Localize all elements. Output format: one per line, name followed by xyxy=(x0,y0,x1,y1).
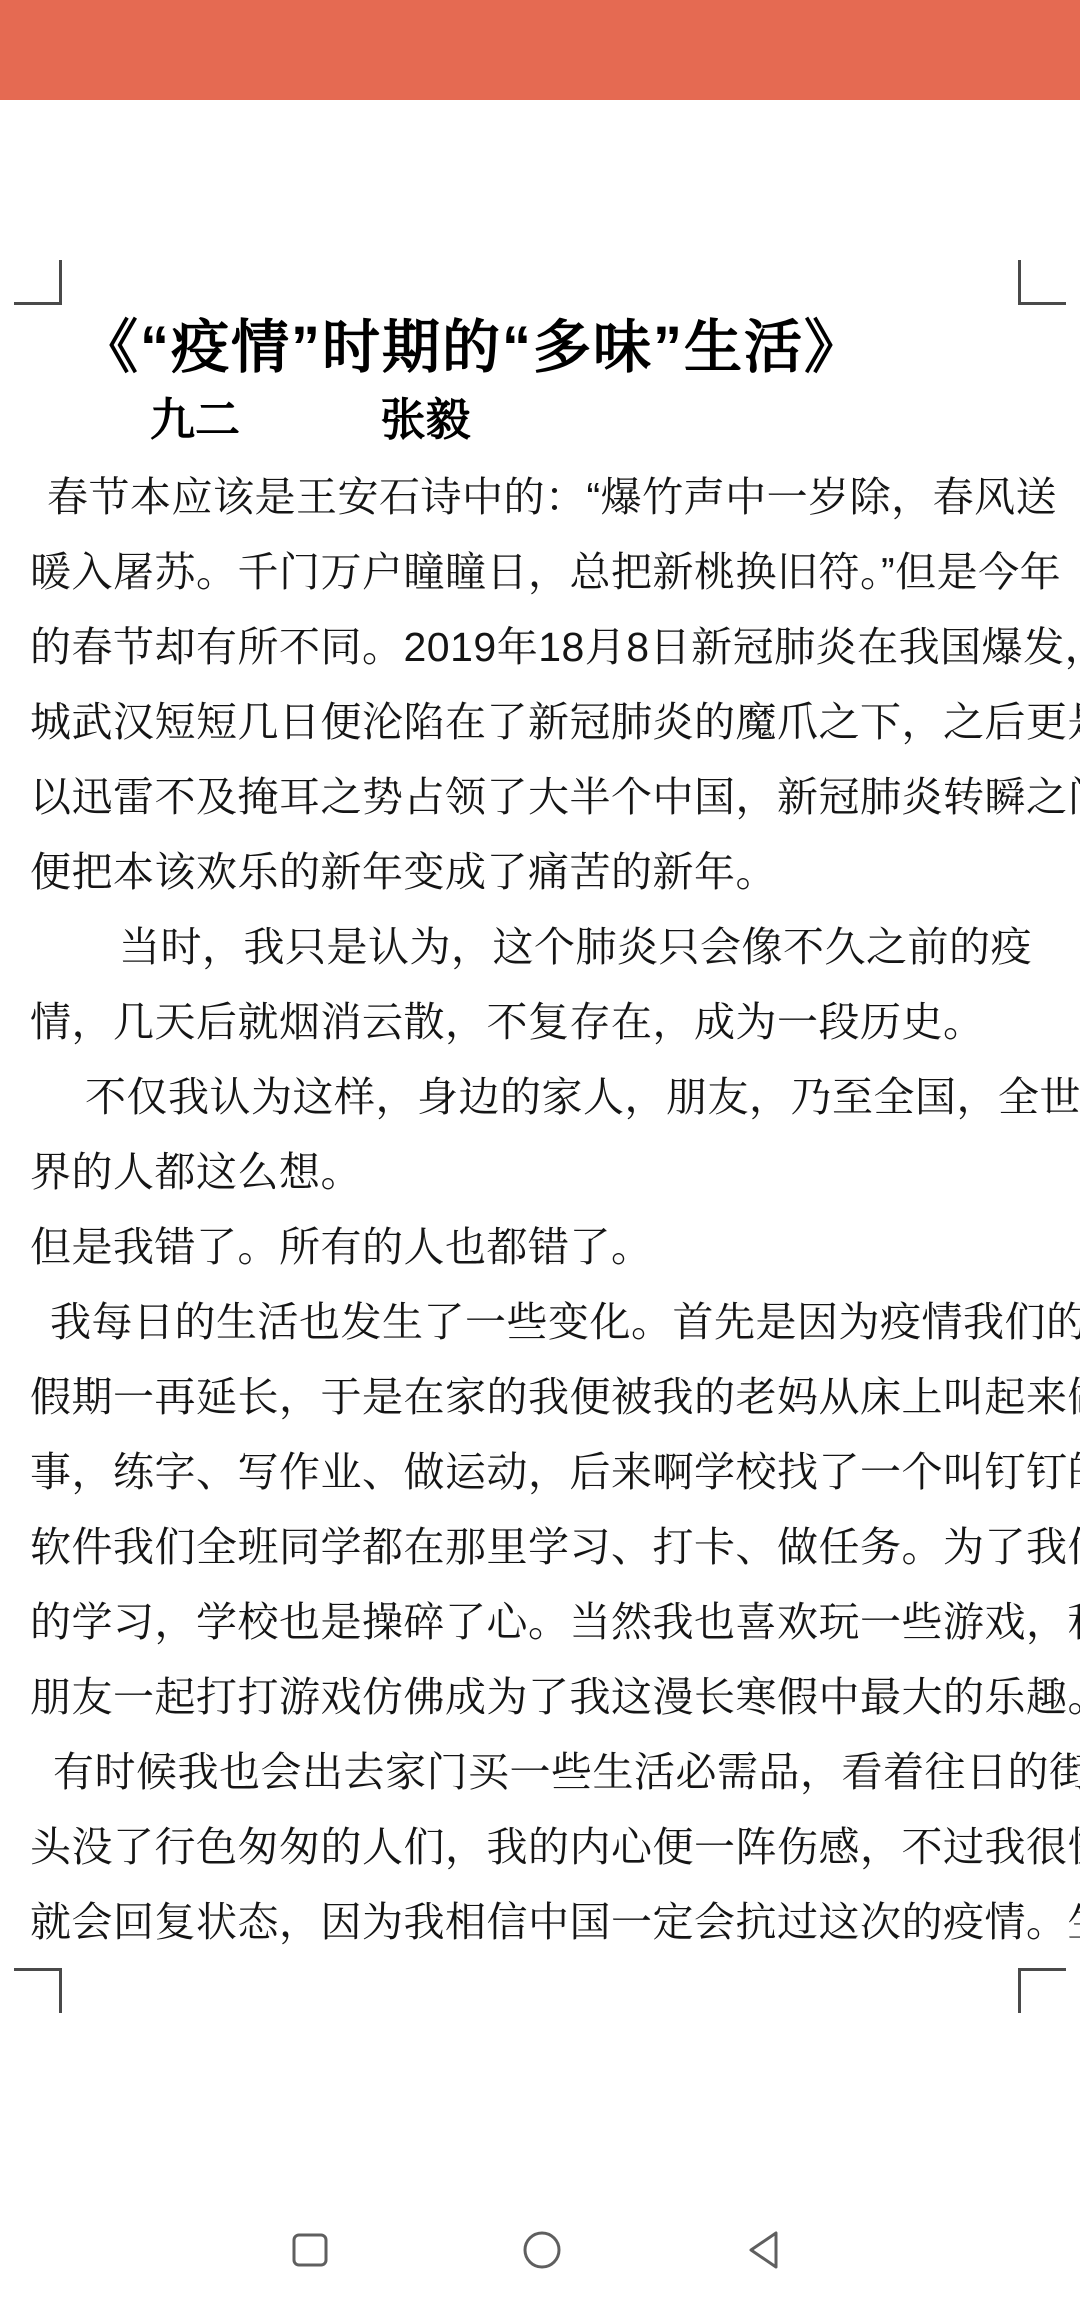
essay-line: 的学习，学校也是操碎了心。当然我也喜欢玩一些游戏，和 xyxy=(30,1585,1050,1660)
essay-line: 界的人都这么想。 xyxy=(30,1135,1050,1210)
essay-line: 假期一再延长，于是在家的我便被我的老妈从床上叫起来做 xyxy=(30,1360,1050,1435)
essay-line: 但是我错了。所有的人也都错了。 xyxy=(30,1210,1050,1285)
essay-line: 便把本该欢乐的新年变成了痛苦的新年。 xyxy=(30,835,1050,910)
crop-mark-bottom-right-icon xyxy=(1018,1968,1066,2013)
home-circle-icon[interactable] xyxy=(520,2228,564,2272)
essay-author: 张毅 xyxy=(381,394,471,445)
crop-mark-top-right-icon xyxy=(1018,260,1066,305)
essay-line: 的春节却有所不同。2019年18月8日新冠肺炎在我国爆发，重 xyxy=(30,610,1050,685)
essay-line: 春节本应该是王安石诗中的：“爆竹声中一岁除，春风送 xyxy=(30,460,1050,535)
essay-line: 我每日的生活也发生了一些变化。首先是因为疫情我们的 xyxy=(30,1285,1050,1360)
essay-line: 就会回复状态，因为我相信中国一定会抗过这次的疫情。生 xyxy=(30,1885,1050,1960)
crop-mark-top-left-icon xyxy=(14,260,62,305)
back-triangle-icon[interactable] xyxy=(744,2228,788,2272)
essay-line: 有时候我也会出去家门买一些生活必需品，看着往日的街 xyxy=(30,1735,1050,1810)
essay-title: 《“疫情”时期的“多味”生活》 xyxy=(80,310,864,385)
essay-line: 朋友一起打打游戏仿佛成为了我这漫长寒假中最大的乐趣。 xyxy=(30,1660,1050,1735)
essay-line: 不仅我认为这样，身边的家人，朋友，乃至全国，全世 xyxy=(30,1060,1050,1135)
essay-line: 当时，我只是认为，这个肺炎只会像不久之前的疫 xyxy=(30,910,1050,985)
essay-line: 事，练字、写作业、做运动，后来啊学校找了一个叫钉钉的 xyxy=(30,1435,1050,1510)
essay-line: 以迅雷不及掩耳之势占领了大半个中国，新冠肺炎转瞬之间 xyxy=(30,760,1050,835)
document-page: 《“疫情”时期的“多味”生活》 九二 张毅 春节本应该是王安石诗中的：“爆竹声中… xyxy=(0,100,1080,2140)
essay-body: 春节本应该是王安石诗中的：“爆竹声中一岁除，春风送暖入屠苏。千门万户瞳瞳日，总把… xyxy=(30,460,1050,1960)
crop-mark-bottom-left-icon xyxy=(14,1968,62,2013)
essay-class-label: 九二 xyxy=(150,394,240,445)
android-navigation-bar xyxy=(0,2140,1080,2310)
essay-line: 头没了行色匆匆的人们，我的内心便一阵伤感，不过我很快 xyxy=(30,1810,1050,1885)
essay-line: 暖入屠苏。千门万户瞳瞳日，总把新桃换旧符。”但是今年 xyxy=(30,535,1050,610)
essay-line: 情，几天后就烟消云散，不复存在，成为一段历史。 xyxy=(30,985,1050,1060)
app-top-bar xyxy=(0,0,1080,100)
essay-line: 软件我们全班同学都在那里学习、打卡、做任务。为了我们 xyxy=(30,1510,1050,1585)
recents-square-icon[interactable] xyxy=(288,2228,332,2272)
essay-line: 城武汉短短几日便沦陷在了新冠肺炎的魔爪之下，之后更是 xyxy=(30,685,1050,760)
essay-byline: 九二 张毅 xyxy=(30,395,471,445)
phone-screen: 《“疫情”时期的“多味”生活》 九二 张毅 春节本应该是王安石诗中的：“爆竹声中… xyxy=(0,0,1080,2310)
